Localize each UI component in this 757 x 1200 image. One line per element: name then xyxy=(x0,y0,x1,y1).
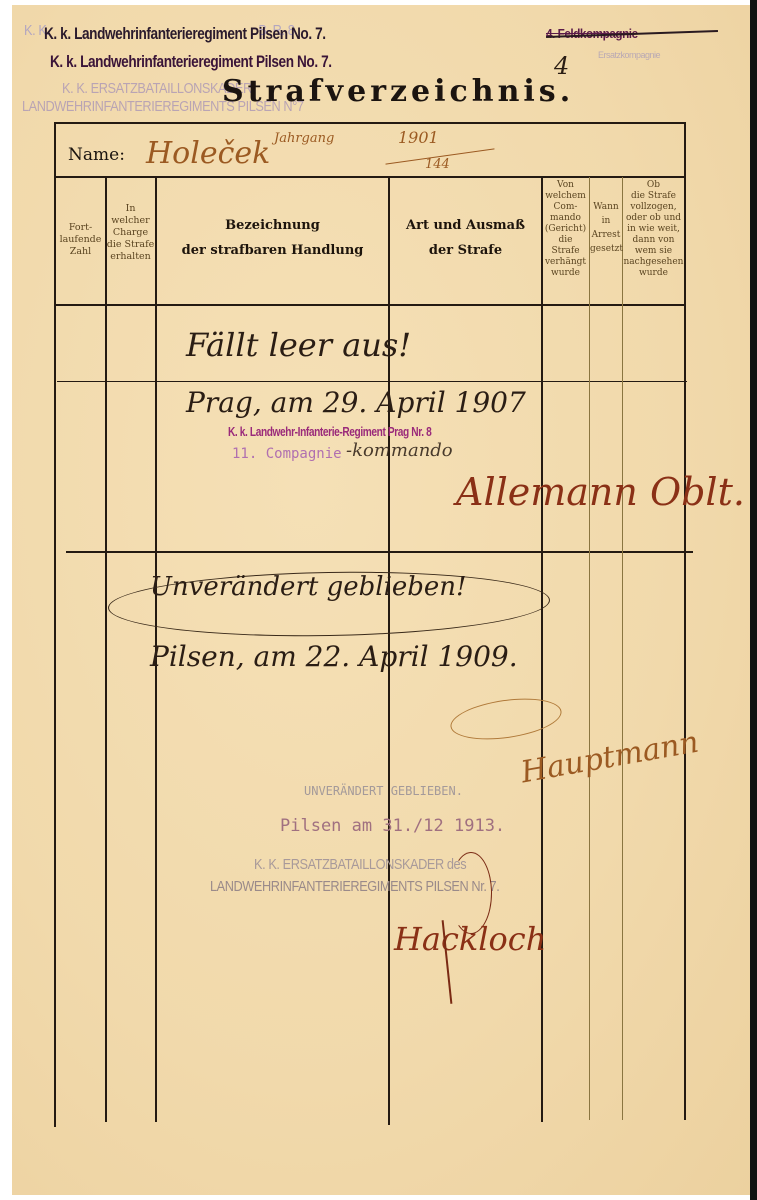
hdr-line: welcher xyxy=(106,215,155,227)
hdr-line: wem sie xyxy=(623,246,684,257)
col-line-4 xyxy=(541,177,543,1122)
col-line-right xyxy=(684,122,686,1120)
hdr-line: Art und Ausmaß xyxy=(390,214,541,239)
stamp-compagnie: 11. Compagnie xyxy=(232,446,342,462)
entry-2-kommando: -kommando xyxy=(346,440,453,461)
hdr-line: Wann xyxy=(590,201,622,215)
hdr-line: verhängt xyxy=(542,257,589,268)
col-header-commando: Von welchem Com- mando (Gericht) die Str… xyxy=(542,180,589,279)
hdr-line: dann von xyxy=(623,235,684,246)
entry-faellt-leer-aus: Fällt leer aus! xyxy=(186,326,411,364)
name-annotation-year: 1901 xyxy=(398,128,439,147)
entry-2-place-date: Prag, am 29. April 1907 xyxy=(186,386,526,419)
hdr-line: die Strafe xyxy=(623,191,684,202)
hdr-line: wurde xyxy=(542,268,589,279)
hdr-line: gesetzt xyxy=(590,243,622,257)
hdr-line: welchem xyxy=(542,191,589,202)
stamp-prag-regiment: K. k. Landwehr-Infanterie-Regiment Prag … xyxy=(228,424,431,439)
col-line-left xyxy=(54,122,56,1127)
hdr-line: vollzogen, xyxy=(623,202,684,213)
hdr-line: Com- xyxy=(542,202,589,213)
hdr-line: nachgesehen xyxy=(623,257,684,268)
col-header-vollzogen: Ob die Strafe vollzogen, oder ob und in … xyxy=(623,180,684,279)
stamp-regiment-2: K. k. Landwehrinfanterieregiment Pilsen … xyxy=(50,52,332,72)
hdr-line: Fort- xyxy=(56,222,105,234)
page-number: 4 xyxy=(554,52,569,80)
name-row-divider xyxy=(54,176,685,178)
col-header-handlung: Bezeichnung der strafbaren Handlung xyxy=(157,214,388,263)
page-title: Strafverzeichnis. xyxy=(222,74,574,109)
hdr-line: Ob xyxy=(623,180,684,191)
col-header-charge: In welcher Charge die Strafe erhalten xyxy=(106,203,155,262)
hdr-line: Zahl xyxy=(56,246,105,258)
row-divider-1 xyxy=(57,381,687,382)
name-label: Name: xyxy=(68,145,125,165)
hdr-line: (Gericht) xyxy=(542,224,589,235)
stamp-pilsen-date: Pilsen am 31./12 1913. xyxy=(280,816,505,836)
stamp-regiment-1: K. k. Landwehrinfanterieregiment Pilsen … xyxy=(44,24,326,44)
hdr-line: Strafe xyxy=(542,246,589,257)
scan-edge xyxy=(750,0,757,1200)
hdr-line: Arrest xyxy=(590,229,622,243)
signature-hackloch: Hackloch xyxy=(394,920,546,958)
header-bottom-border xyxy=(54,304,685,306)
col-header-strafe: Art und Ausmaß der Strafe xyxy=(390,214,541,263)
col-header-nr: Fort- laufende Zahl xyxy=(56,222,105,258)
hdr-line: in wie weit, xyxy=(623,224,684,235)
hdr-line: In xyxy=(106,203,155,215)
row-divider-2 xyxy=(66,551,693,553)
col-line-1 xyxy=(105,177,107,1122)
name-value: Holeček xyxy=(146,136,270,171)
entry-3-place-date: Pilsen, am 22. April 1909. xyxy=(150,640,518,673)
hdr-line: die xyxy=(542,235,589,246)
col-line-6 xyxy=(622,177,623,1120)
name-annotation-number: 144 xyxy=(425,157,450,172)
hdr-line: oder ob und xyxy=(623,213,684,224)
hdr-line: die Strafe xyxy=(106,239,155,251)
hdr-line: Bezeichnung xyxy=(157,214,388,239)
stamp-ersatzkompagnie: Ersatzkompagnie xyxy=(598,50,660,60)
hdr-line: laufende xyxy=(56,234,105,246)
hdr-line: Charge xyxy=(106,227,155,239)
name-annotation-label: Jahrgang xyxy=(274,131,334,146)
entry-unveraendert: Unverändert geblieben! xyxy=(150,572,467,602)
signature-allemann: Allemann Oblt. xyxy=(456,470,745,514)
hdr-line: wurde xyxy=(623,268,684,279)
col-header-arrest: Wann in Arrest gesetzt xyxy=(590,201,622,257)
stamp-unveraendert-geblieben: UNVERÄNDERT GEBLIEBEN. xyxy=(304,784,463,798)
hdr-line: der Strafe xyxy=(390,239,541,264)
col-line-5 xyxy=(589,177,590,1120)
table-top-border xyxy=(54,122,685,124)
hdr-line: Von xyxy=(542,180,589,191)
hdr-line: der strafbaren Handlung xyxy=(157,239,388,264)
hdr-line: erhalten xyxy=(106,251,155,263)
hdr-line: in xyxy=(590,215,622,229)
hdr-line: mando xyxy=(542,213,589,224)
stamp-ersatz-kader-bottom: K. K. ERSATZBATAILLONSKADER des xyxy=(254,856,466,873)
